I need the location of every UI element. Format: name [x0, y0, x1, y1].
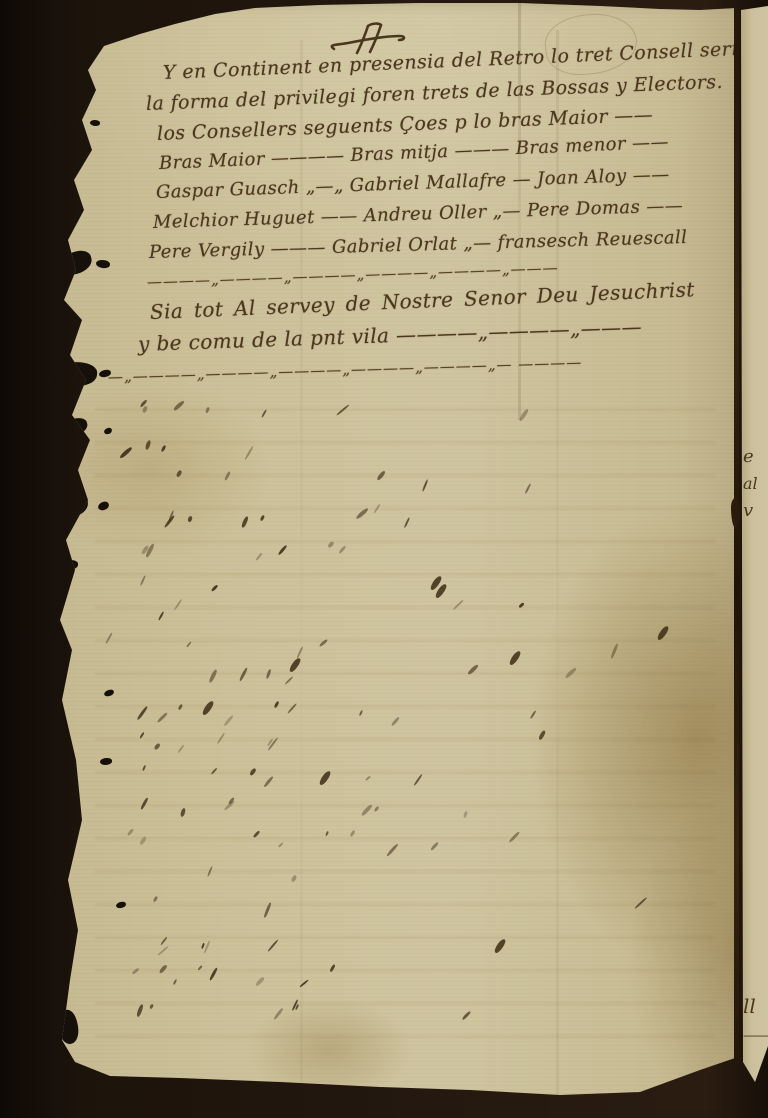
showthrough-ghost-rows [95, 398, 715, 1038]
adjacent-page-text-fragment: al [743, 474, 758, 493]
edge-ink-blot [50, 415, 90, 442]
adjacent-page-sliver: e al v ll —— [741, 6, 768, 1086]
edge-ink-blot [56, 248, 94, 278]
edge-ink-blot [54, 360, 98, 388]
adjacent-page-text-fragment: —— [743, 1028, 767, 1044]
edge-ink-blot [83, 39, 100, 51]
manuscript-dash-filler: —„————„————„————„————„————„— ———— [108, 353, 583, 386]
edge-ink-blot [90, 119, 101, 127]
folio-number: 6 [107, 20, 118, 39]
edge-ink-blot [95, 259, 110, 270]
page-gutter-edge [734, 6, 739, 1062]
edge-ink-blot [54, 1008, 82, 1046]
manuscript-line: Melchior Huguet —— Andreu Oller „— Pere … [153, 195, 684, 233]
adjacent-page-text-fragment: ll [743, 994, 756, 1018]
manuscript-page: 6 Y en Continent en presensia del Retro … [0, 0, 768, 1118]
adjacent-page-text-fragment: v [743, 500, 753, 521]
adjacent-page-text-fragment: e [743, 446, 754, 467]
manuscript-photo: { "document": { "type": "bound manuscrip… [0, 0, 768, 1118]
edge-ink-blot [47, 491, 89, 520]
edge-ink-blot [60, 560, 78, 570]
manuscript-line: Pere Vergily ——— Gabriel Orlat „— franse… [149, 227, 688, 263]
